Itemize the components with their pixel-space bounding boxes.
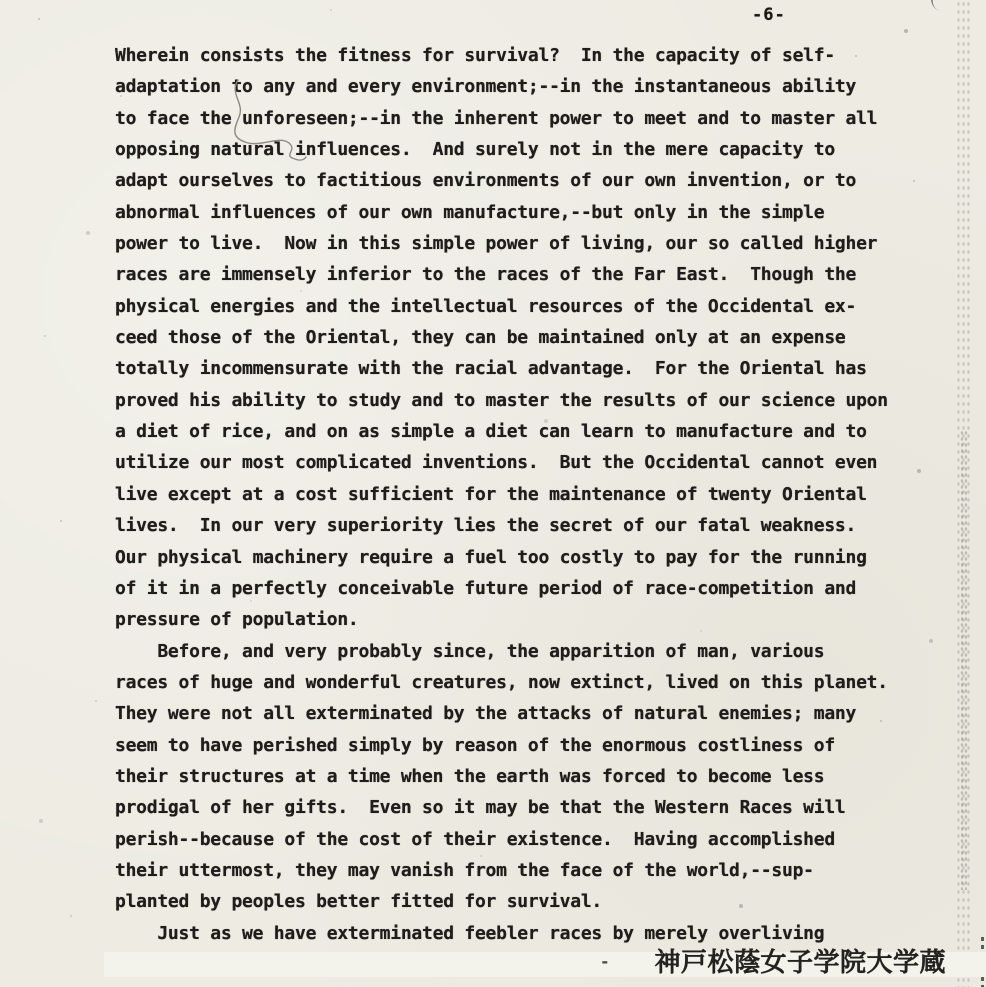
- scanned-document-page: -6- Wherein consists the fitness for sur…: [0, 0, 986, 987]
- footer-dash-mark: -: [600, 952, 610, 971]
- text-line: totally incommensurate with the racial a…: [115, 353, 945, 384]
- text-line: Before, and very probably since, the app…: [115, 636, 945, 667]
- text-line: live except at a cost sufficient for the…: [115, 479, 945, 510]
- text-line: seem to have perished simply by reason o…: [115, 730, 945, 761]
- text-line: their uttermost, they may vanish from th…: [115, 855, 945, 886]
- text-line: utilize our most complicated inventions.…: [115, 447, 945, 478]
- typewritten-text-body: Wherein consists the fitness for surviva…: [115, 40, 945, 949]
- text-line: power to live. Now in this simple power …: [115, 228, 945, 259]
- text-line: Wherein consists the fitness for surviva…: [115, 40, 945, 71]
- text-line: lives. In our very superiority lies the …: [115, 510, 945, 541]
- text-line: races of huge and wonderful creatures, n…: [115, 667, 945, 698]
- scan-dust-speckles: [0, 0, 2, 2]
- text-line: perish--because of the cost of their exi…: [115, 824, 945, 855]
- text-line: opposing natural influences. And surely …: [115, 134, 945, 165]
- text-line: a diet of rice, and on as simple a diet …: [115, 416, 945, 447]
- library-collection-stamp: 神戸松蔭女子学院大学蔵: [654, 942, 946, 979]
- text-line: prodigal of her gifts. Even so it may be…: [115, 792, 945, 823]
- text-line: Our physical machinery require a fuel to…: [115, 542, 945, 573]
- text-line: planted by peoples better fitted for sur…: [115, 886, 945, 917]
- page-number: -6-: [752, 5, 786, 25]
- text-line: proved his ability to study and to maste…: [115, 385, 945, 416]
- text-line: They were not all exterminated by the at…: [115, 698, 945, 729]
- text-line: abnormal influences of our own manufactu…: [115, 197, 945, 228]
- right-edge-scan-noise-dense: [960, 430, 968, 890]
- text-line: physical energies and the intellectual r…: [115, 291, 945, 322]
- text-line: their structures at a time when the eart…: [115, 761, 945, 792]
- text-line: to face the unforeseen;--in the inherent…: [115, 103, 945, 134]
- text-line: adaptation to any and every environment;…: [115, 71, 945, 102]
- text-line: of it in a perfectly conceivable future …: [115, 573, 945, 604]
- top-right-smudge-mark: [928, 0, 948, 12]
- text-line: adapt ourselves to factitious environmen…: [115, 165, 945, 196]
- text-line: ceed those of the Oriental, they can be …: [115, 322, 945, 353]
- text-line: races are immensely inferior to the race…: [115, 259, 945, 290]
- text-line: pressure of population.: [115, 604, 945, 635]
